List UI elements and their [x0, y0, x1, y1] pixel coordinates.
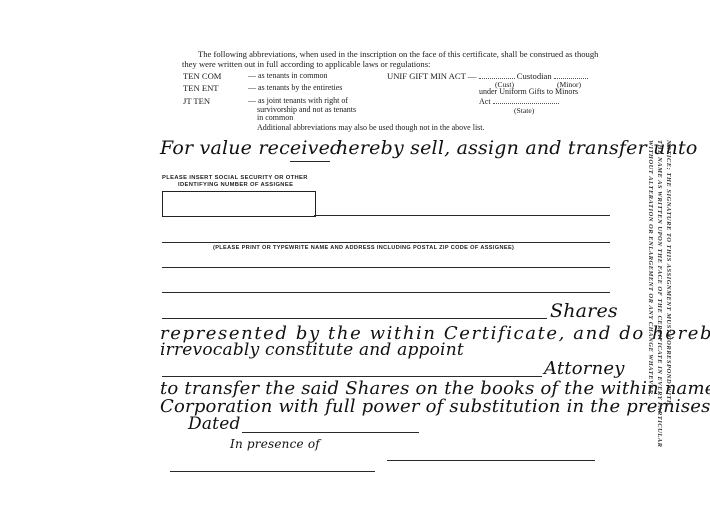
abbreviations-intro: The following abbreviations, when used i… — [190, 49, 640, 69]
assignee-address-line-1[interactable] — [162, 242, 610, 243]
act-label: Act — [479, 97, 491, 106]
abbr-meaning-jt-ten: — as joint tenants with right of survivo… — [248, 97, 356, 123]
address-caption: (PLEASE PRINT OR TYPEWRITE NAME AND ADDR… — [213, 245, 514, 251]
assignee-name-line-1[interactable] — [314, 215, 610, 216]
in-presence-of-label: In presence of — [230, 437, 320, 451]
notice-line-3: WITHOUT ALTERATION OR ENLARGEMENT OR ANY… — [646, 140, 655, 527]
custodian-field[interactable] — [479, 72, 515, 79]
ssn-caption-2: IDENTIFYING NUMBER OF ASSIGNEE — [178, 182, 293, 188]
state-caption: (State) — [514, 106, 534, 115]
abbr-meaning-ten-com: — as tenants in common — [248, 72, 328, 81]
state-field[interactable] — [493, 97, 559, 104]
assignor-blank-line[interactable] — [290, 161, 330, 162]
hereby-sell-assign-transfer: hereby sell, assign and transfer unto — [336, 137, 697, 159]
intro-line-2: they were written out in full according … — [182, 59, 640, 69]
abbr-code-jt-ten: JT TEN — [183, 96, 210, 106]
notice-line-2: THE NAME AS WRITTEN UPON THE FACE OF THE… — [655, 140, 664, 527]
ssn-caption-1: PLEASE INSERT SOCIAL SECURITY OR OTHER — [162, 175, 308, 181]
witness-line[interactable] — [170, 471, 375, 472]
for-value-received: For value received — [160, 137, 342, 159]
date-field-line[interactable] — [242, 432, 419, 433]
intro-line-1: The following abbreviations, when used i… — [198, 49, 598, 59]
signature-notice: NOTICE: THE SIGNATURE TO THIS ASSIGNMENT… — [646, 140, 673, 527]
abbr-code-ten-com: TEN COM — [183, 71, 221, 81]
abbr-meaning-ten-ent: — as tenants by the entireties — [248, 84, 342, 93]
attorney-label: Attorney — [544, 358, 625, 379]
ssn-input-box[interactable] — [162, 191, 316, 217]
additional-abbreviations-note: Additional abbreviations may also be use… — [257, 124, 485, 133]
notice-line-1: NOTICE: THE SIGNATURE TO THIS ASSIGNMENT… — [664, 140, 673, 527]
irrevocably-text: irrevocably constitute and appoint — [160, 340, 464, 360]
jt-ten-line-3: in common — [248, 114, 356, 123]
ugma-label: UNIF GIFT MIN ACT — — [387, 71, 476, 81]
shares-count-line[interactable] — [162, 318, 547, 319]
abbr-code-ten-ent: TEN ENT — [183, 83, 219, 93]
shares-label: Shares — [550, 300, 618, 322]
corporation-text: Corporation with full power of substitut… — [160, 396, 710, 417]
signature-line[interactable] — [387, 460, 595, 461]
ugma-under-text: under Uniform Gifts to Minors — [479, 88, 578, 97]
dated-label: Dated — [188, 414, 241, 434]
assignee-address-line-3[interactable] — [162, 292, 610, 293]
custodian-label: Custodian — [517, 71, 552, 81]
attorney-name-line[interactable] — [162, 376, 542, 377]
assignee-address-line-2[interactable] — [162, 267, 610, 268]
minor-field[interactable] — [554, 72, 588, 79]
